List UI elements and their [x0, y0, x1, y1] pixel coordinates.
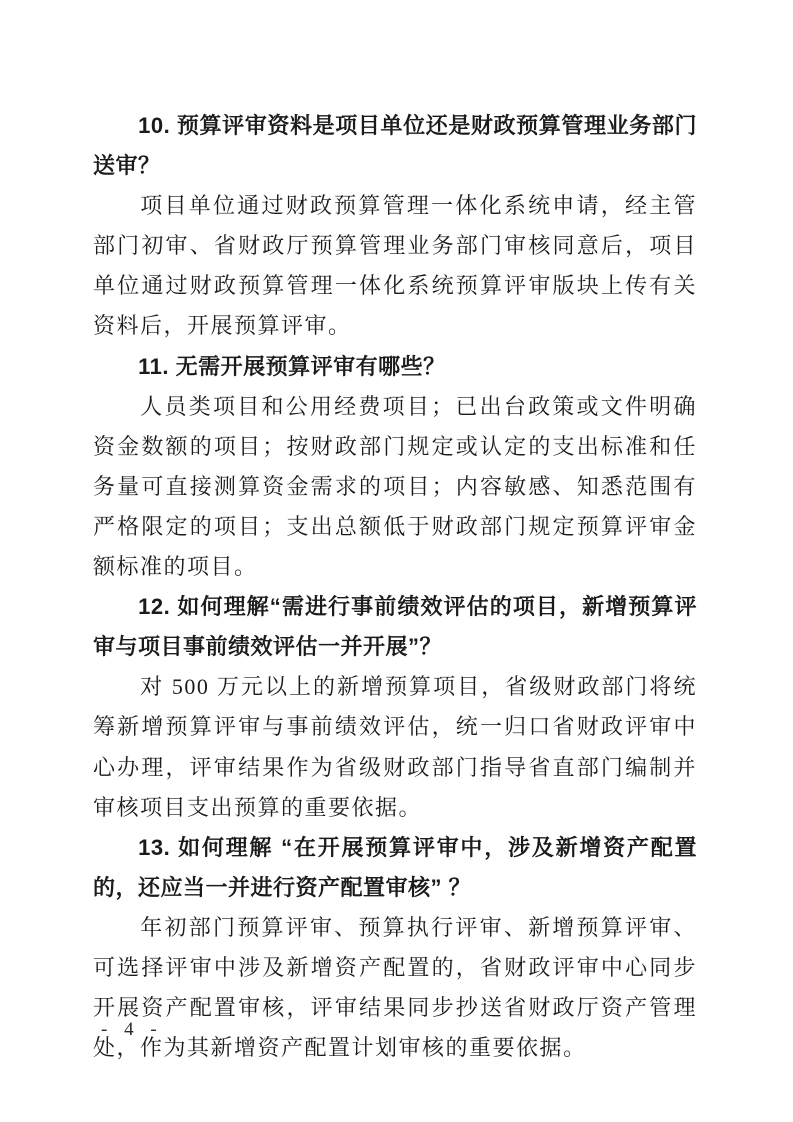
question-heading-10: 10. 预算评审资料是项目单位还是财政预算管理业务部门送审？	[93, 106, 697, 186]
document-page: 10. 预算评审资料是项目单位还是财政预算管理业务部门送审？ 项目单位通过财政预…	[0, 0, 793, 1122]
question-heading-12: 12. 如何理解“需进行事前绩效评估的项目，新增预算评审与项目事前绩效评估一并开…	[93, 587, 697, 667]
question-heading-13: 13. 如何理解 “在开展预算评审中，涉及新增资产配置的，还应当一并进行资产配置…	[93, 828, 697, 908]
answer-paragraph-13: 年初部门预算评审、预算执行评审、新增预算评审、可选择评审中涉及新增资产配置的，省…	[93, 908, 697, 1068]
page-number: - 4 -	[101, 1017, 163, 1043]
document-body: 10. 预算评审资料是项目单位还是财政预算管理业务部门送审？ 项目单位通过财政预…	[93, 106, 697, 1068]
question-heading-11: 11. 无需开展预算评审有哪些？	[93, 347, 697, 387]
answer-paragraph-12: 对 500 万元以上的新增预算项目，省级财政部门将统筹新增预算评审与事前绩效评估…	[93, 667, 697, 827]
answer-paragraph-10: 项目单位通过财政预算管理一体化系统申请，经主管部门初审、省财政厅预算管理业务部门…	[93, 186, 697, 346]
answer-paragraph-11: 人员类项目和公用经费项目；已出台政策或文件明确资金数额的项目；按财政部门规定或认…	[93, 387, 697, 587]
